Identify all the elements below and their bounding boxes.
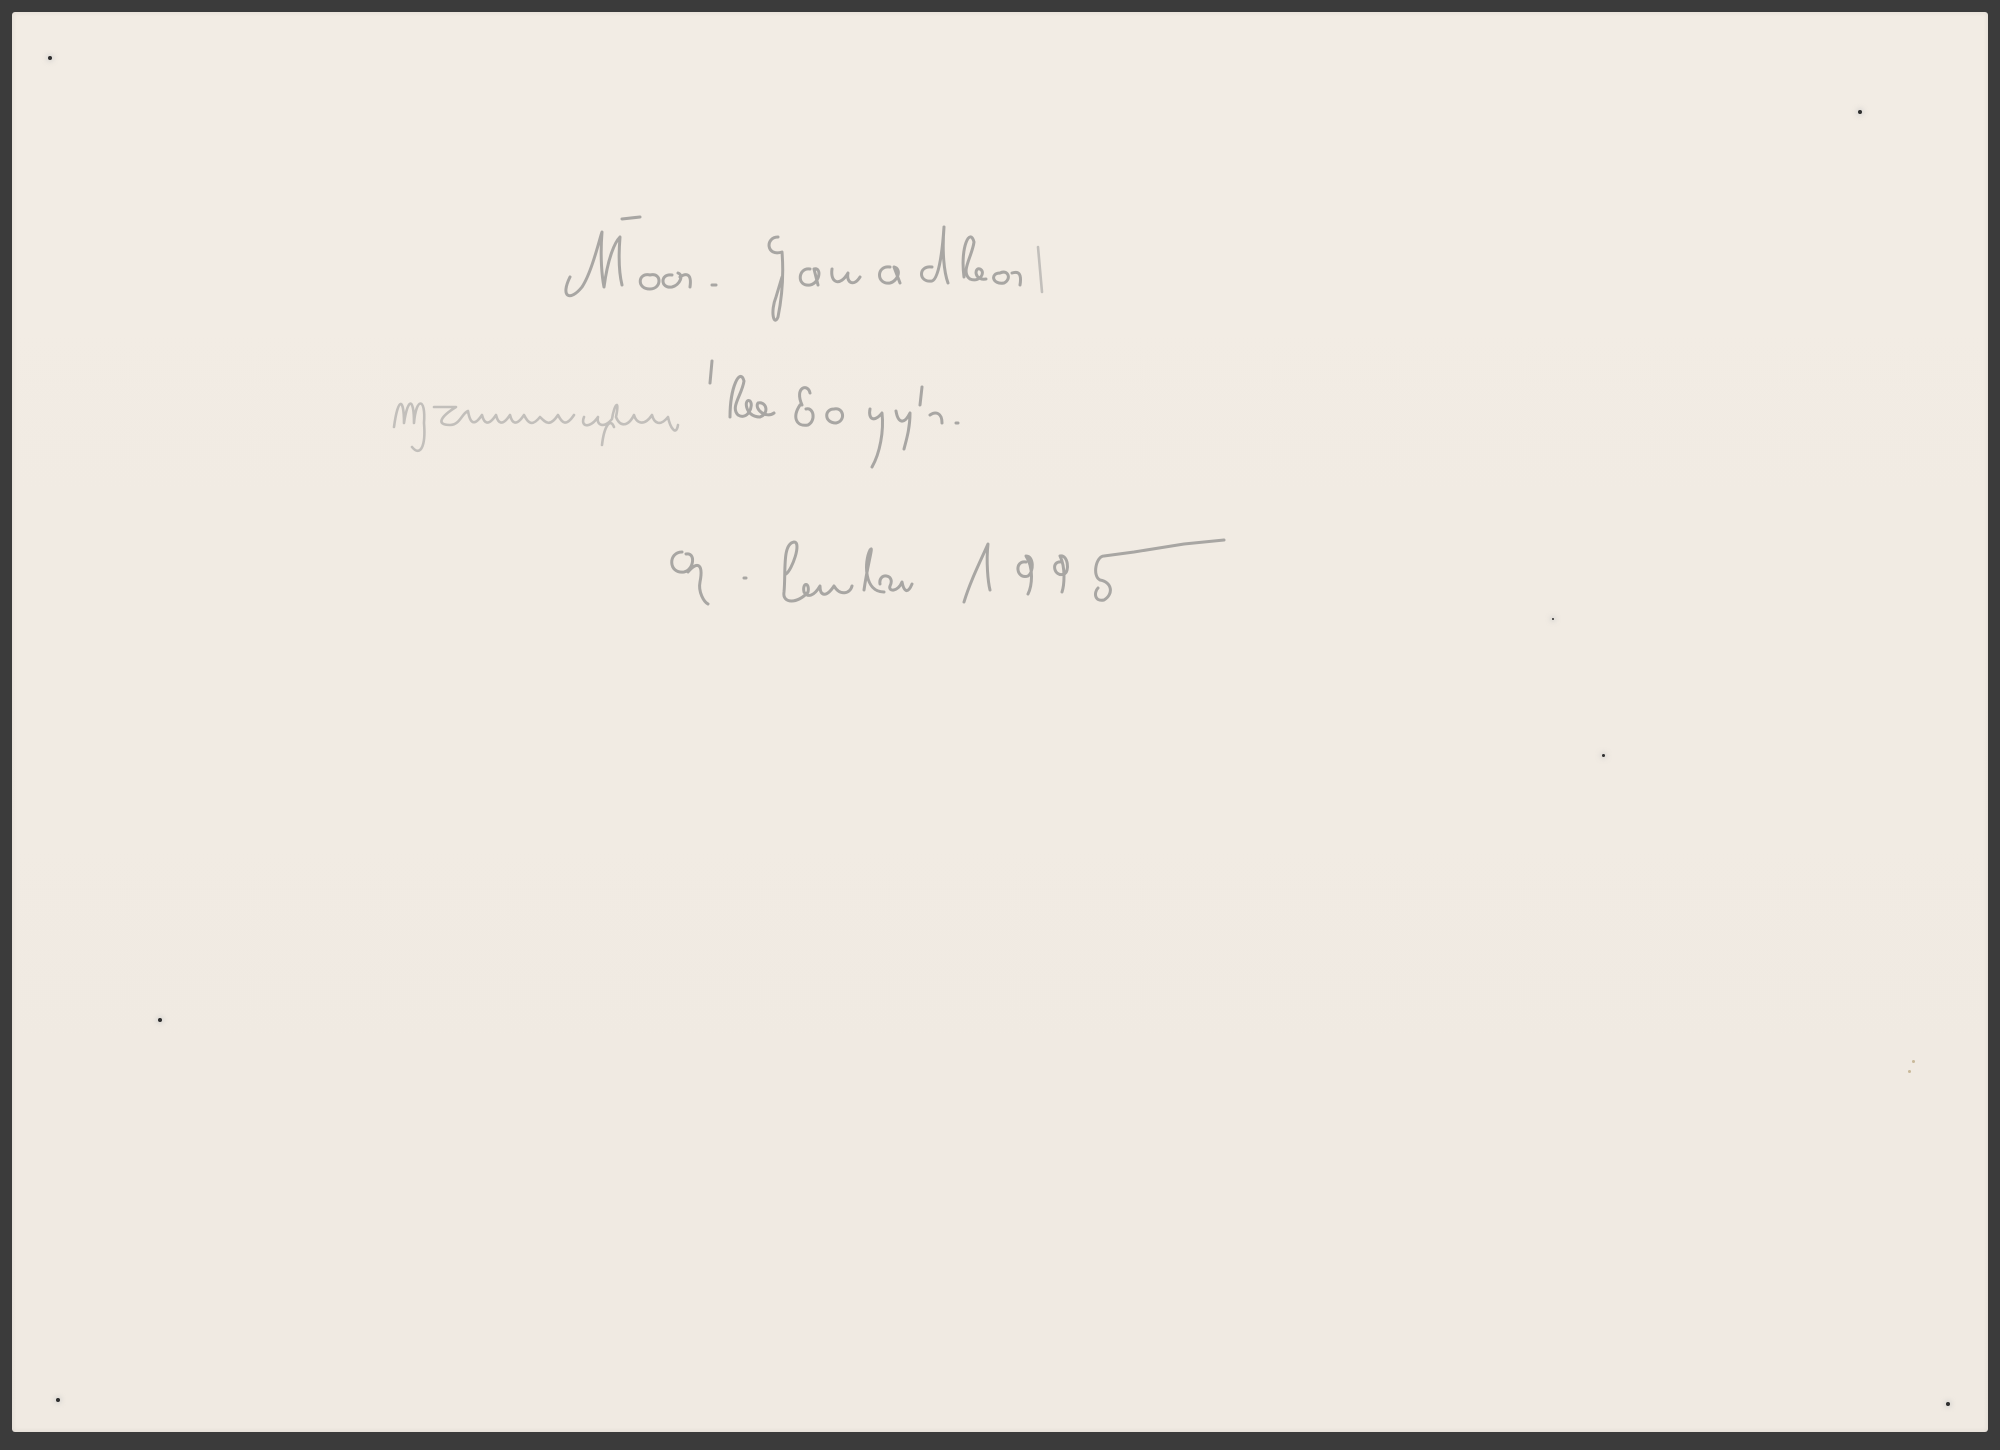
inscription-line-name: Mar. Janáková — [560, 217, 1360, 327]
handwritten-inscription: Mar. Janáková vyznamenaná ke 40 výr. — [12, 12, 1988, 1432]
inscription-line-date: 9. května 1985 — [664, 532, 1514, 622]
photo-back-paper: Mar. Janáková vyznamenaná ke 40 výr. — [12, 12, 1988, 1432]
inscription-line-award: vyznamenaná ke 40 výr. — [390, 357, 1710, 477]
